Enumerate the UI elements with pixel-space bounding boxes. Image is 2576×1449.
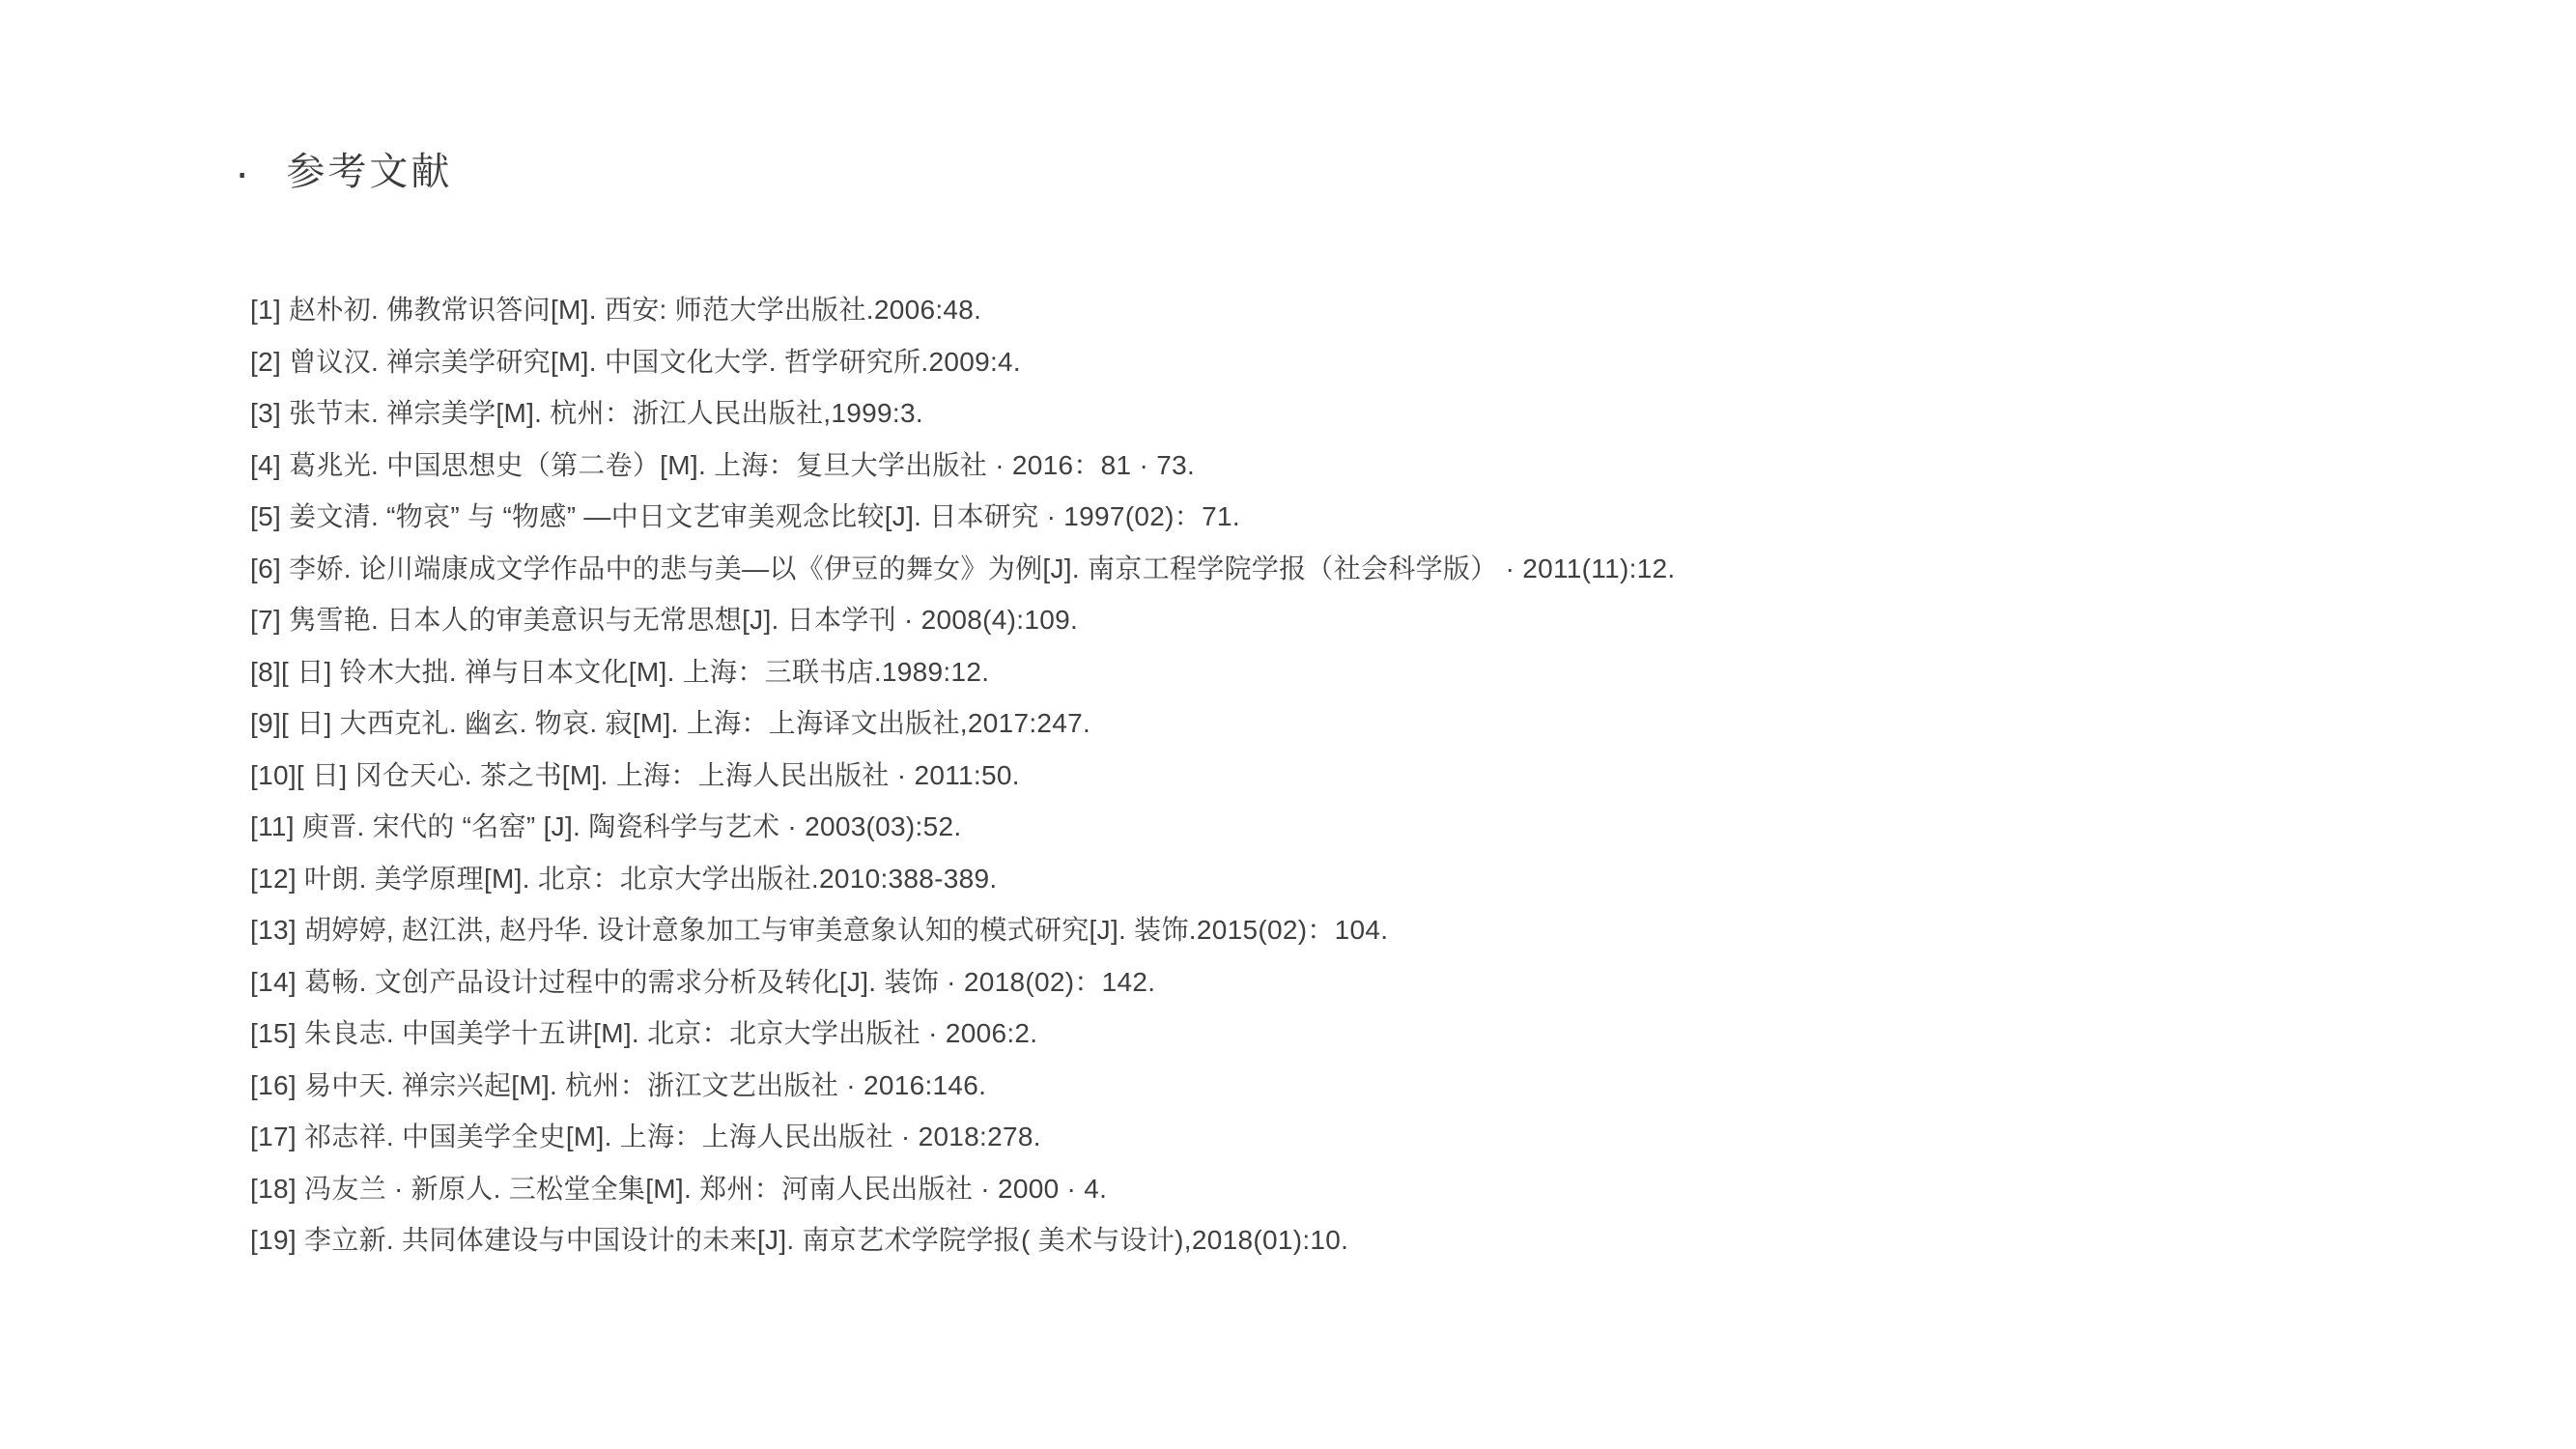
reference-item: [5] 姜文清. “物哀” 与 “物感” —中日文艺审美观念比较[J]. 日本研…: [250, 491, 2499, 543]
reference-item: [4] 葛兆光. 中国思想史（第二卷）[M]. 上海：复旦大学出版社 · 201…: [250, 440, 2499, 492]
reference-item: [16] 易中天. 禅宗兴起[M]. 杭州：浙江文艺出版社 · 2016:146…: [250, 1060, 2499, 1112]
section-heading: · 参考文献: [235, 143, 452, 201]
reference-item: [14] 葛畅. 文创产品设计过程中的需求分析及转化[J]. 装饰 · 2018…: [250, 956, 2499, 1009]
reference-item: [7] 隽雪艳. 日本人的审美意识与无常思想[J]. 日本学刊 · 2008(4…: [250, 594, 2499, 646]
reference-item: [3] 张节末. 禅宗美学[M]. 杭州：浙江人民出版社,1999:3.: [250, 387, 2499, 440]
bullet-icon: ·: [235, 143, 249, 201]
reference-item: [13] 胡婷婷, 赵江洪, 赵丹华. 设计意象加工与审美意象认知的模式研究[J…: [250, 904, 2499, 956]
reference-item: [18] 冯友兰 · 新原人. 三松堂全集[M]. 郑州：河南人民出版社 · 2…: [250, 1163, 2499, 1215]
reference-item: [12] 叶朗. 美学原理[M]. 北京：北京大学出版社.2010:388-38…: [250, 853, 2499, 905]
reference-item: [8][ 日] 铃木大拙. 禅与日本文化[M]. 上海：三联书店.1989:12…: [250, 646, 2499, 698]
page-title: 参考文献: [286, 143, 452, 201]
reference-item: [6] 李娇. 论川端康成文学作品中的悲与美—以《伊豆的舞女》为例[J]. 南京…: [250, 543, 2499, 595]
reference-item: [11] 庾晋. 宋代的 “名窑” [J]. 陶瓷科学与艺术 · 2003(03…: [250, 801, 2499, 853]
reference-item: [9][ 日] 大西克礼. 幽玄. 物哀. 寂[M]. 上海：上海译文出版社,2…: [250, 697, 2499, 750]
reference-item: [17] 祁志祥. 中国美学全史[M]. 上海：上海人民出版社 · 2018:2…: [250, 1111, 2499, 1163]
reference-item: [1] 赵朴初. 佛教常识答问[M]. 西安: 师范大学出版社.2006:48.: [250, 284, 2499, 336]
reference-item: [10][ 日] 冈仓天心. 茶之书[M]. 上海：上海人民出版社 · 2011…: [250, 750, 2499, 802]
reference-item: [2] 曾议汉. 禅宗美学研究[M]. 中国文化大学. 哲学研究所.2009:4…: [250, 336, 2499, 388]
reference-item: [19] 李立新. 共同体建设与中国设计的未来[J]. 南京艺术学院学报( 美术…: [250, 1214, 2499, 1266]
document-page: · 参考文献 [1] 赵朴初. 佛教常识答问[M]. 西安: 师范大学出版社.2…: [0, 0, 2576, 1449]
reference-list: [1] 赵朴初. 佛教常识答问[M]. 西安: 师范大学出版社.2006:48.…: [250, 284, 2499, 1266]
reference-item: [15] 朱良志. 中国美学十五讲[M]. 北京：北京大学出版社 · 2006:…: [250, 1008, 2499, 1060]
